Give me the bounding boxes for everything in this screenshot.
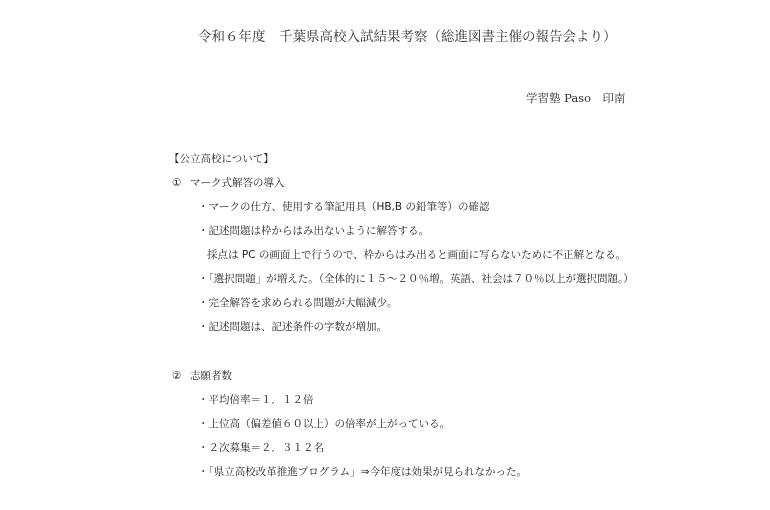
bullet-item: ・上位高（偏差値６０以上）の倍率が上がっている。 [198, 417, 450, 431]
bullet-item: ・記述問題は、記述条件の字数が増加。 [198, 320, 387, 334]
item-label-applicants: 志願者数 [190, 369, 232, 383]
item-label-mark-sheet: マーク式解答の導入 [190, 176, 285, 190]
bullet-item: ・「県立高校改革推進プログラム」⇒今年度は効果が見られなかった。 [198, 465, 527, 479]
bullet-item: ・２次募集＝２．３１２名 [198, 441, 324, 455]
bullet-item: ・完全解答を求められる問題が大幅減少。 [198, 296, 398, 310]
bullet-item: ・「選択問題」が増えた。（全体的に１５～２０％増。英語、社会は７０％以上が選択問… [198, 272, 634, 286]
bullet-item: ・記述問題は枠からはみ出ないように解答する。 [198, 224, 429, 238]
item-number: ① [172, 176, 181, 190]
bullet-item: ・マークの仕方、使用する筆記用具（HB,B の鉛筆等）の確認 [198, 200, 489, 214]
bullet-continuation: 採点は PC の画面上で行うので、枠からはみ出ると画面に写らないために不正解とな… [207, 248, 626, 262]
public-section-heading: 【公立高校について】 [169, 152, 274, 166]
document-title: 令和６年度 千葉県高校入試結果考察（総進図書主催の報告会より） [198, 28, 617, 46]
bullet-item: ・平均倍率＝１．１２倍 [198, 393, 314, 407]
author-line: 学習塾 Paso 印南 [526, 90, 626, 106]
item-number: ② [172, 369, 181, 383]
